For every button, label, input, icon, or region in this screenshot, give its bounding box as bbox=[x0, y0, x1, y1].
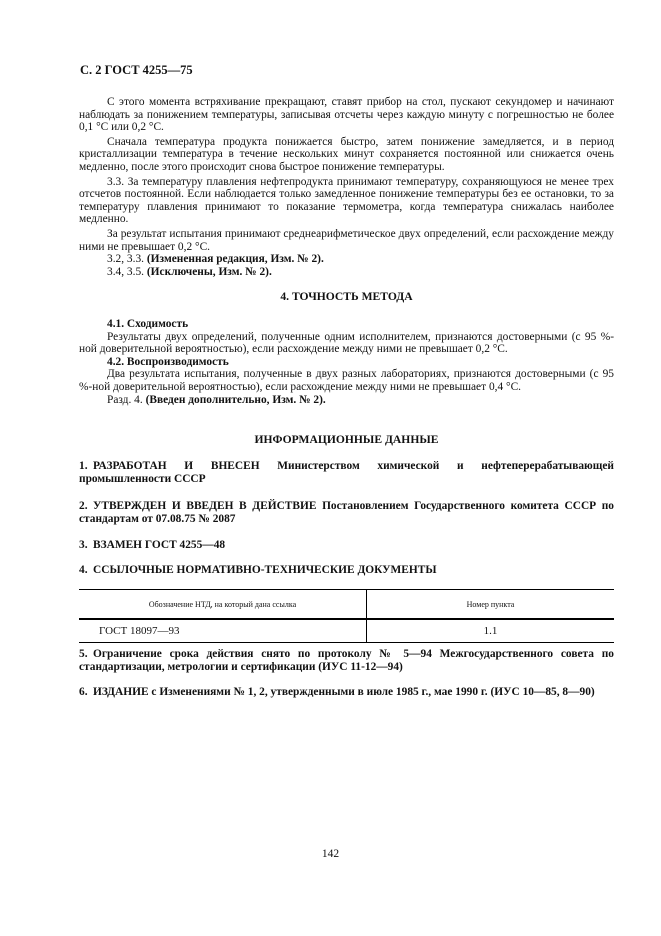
paragraph: Два результата испытания, полученные в д… bbox=[79, 368, 614, 393]
column-header: Номер пункта bbox=[367, 590, 615, 620]
note-prefix: 3.4, 3.5. bbox=[107, 266, 147, 278]
item-lead: РАЗРАБОТАН И ВНЕСЕН bbox=[93, 460, 260, 472]
info-title: ИНФОРМАЦИОННЫЕ ДАННЫЕ bbox=[79, 433, 614, 446]
item-lead: ВЗАМЕН ГОСТ 4255—48 bbox=[93, 539, 225, 551]
table-row: ГОСТ 18097—93 1.1 bbox=[79, 619, 614, 643]
note-prefix: Разд. 4. bbox=[107, 394, 146, 406]
running-header: С. 2 ГОСТ 4255—75 bbox=[80, 63, 193, 78]
info-item-5: 5.Ограничение срока действия снято по пр… bbox=[79, 648, 614, 674]
section4-title: 4. ТОЧНОСТЬ МЕТОДА bbox=[79, 290, 614, 303]
info-item-4: 4.ССЫЛОЧНЫЕ НОРМАТИВНО-ТЕХНИЧЕСКИЕ ДОКУМ… bbox=[79, 564, 614, 577]
item-lead: ССЫЛОЧНЫЕ НОРМАТИВНО-ТЕХНИЧЕСКИЕ ДОКУМЕН… bbox=[93, 564, 437, 576]
item-lead: УТВЕРЖДЕН И ВВЕДЕН В ДЕЙСТВИЕ bbox=[93, 500, 316, 512]
item-number: 5. bbox=[79, 648, 93, 661]
paragraph: За результат испытания принимают среднеа… bbox=[79, 228, 614, 253]
paragraph: С этого момента встряхивание прекращают,… bbox=[79, 96, 614, 134]
subsection-title: 4.1. Сходимость bbox=[79, 318, 614, 331]
note-prefix: 3.2, 3.3. bbox=[107, 253, 147, 265]
column-header: Обозначение НТД, на который дана ссылка bbox=[79, 590, 367, 620]
item-lead: ИЗДАНИЕ bbox=[93, 686, 149, 698]
info-item-1: 1.РАЗРАБОТАН И ВНЕСЕН Министерством хими… bbox=[79, 460, 614, 486]
section4-body: 4.1. Сходимость Результаты двух определе… bbox=[79, 318, 614, 406]
table-header-row: Обозначение НТД, на который дана ссылка … bbox=[79, 590, 614, 620]
paragraph: Результаты двух определений, полученные … bbox=[79, 331, 614, 356]
item-number: 6. bbox=[79, 686, 93, 699]
subsection-title: 4.2. Воспроизводимость bbox=[79, 356, 614, 369]
table-cell: 1.1 bbox=[367, 619, 615, 643]
section3-body: С этого момента встряхивание прекращают,… bbox=[79, 96, 614, 278]
paragraph: 3.3. За температуру плавления нефтепроду… bbox=[79, 176, 614, 226]
amendment-note: 3.2, 3.3. (Измененная редакция, Изм. № 2… bbox=[79, 253, 614, 266]
item-number: 1. bbox=[79, 460, 93, 473]
paragraph: Сначала температура продукта понижается … bbox=[79, 136, 614, 174]
item-number: 2. bbox=[79, 500, 93, 513]
info-item-3: 3.ВЗАМЕН ГОСТ 4255—48 bbox=[79, 539, 614, 552]
item-number: 3. bbox=[79, 539, 93, 552]
info-item-2: 2.УТВЕРЖДЕН И ВВЕДЕН В ДЕЙСТВИЕ Постанов… bbox=[79, 500, 614, 526]
note-bold: (Введен дополнительно, Изм. № 2). bbox=[146, 394, 326, 406]
item-text: Ограничение срока действия снято по прот… bbox=[79, 648, 614, 673]
amendment-note: Разд. 4. (Введен дополнительно, Изм. № 2… bbox=[79, 394, 614, 407]
document-page: С. 2 ГОСТ 4255—75 С этого момента встрях… bbox=[0, 0, 661, 936]
note-bold: (Измененная редакция, Изм. № 2). bbox=[147, 253, 324, 265]
info-item-6: 6.ИЗДАНИЕ с Изменениями № 1, 2, утвержде… bbox=[79, 686, 614, 699]
item-text: с Изменениями № 1, 2, утвержденными в ию… bbox=[149, 686, 595, 698]
table-cell: ГОСТ 18097—93 bbox=[79, 619, 367, 643]
item-number: 4. bbox=[79, 564, 93, 577]
reference-table: Обозначение НТД, на который дана ссылка … bbox=[79, 589, 614, 643]
note-bold: (Исключены, Изм. № 2). bbox=[147, 266, 272, 278]
page-number: 142 bbox=[0, 848, 661, 860]
amendment-note: 3.4, 3.5. (Исключены, Изм. № 2). bbox=[79, 266, 614, 279]
